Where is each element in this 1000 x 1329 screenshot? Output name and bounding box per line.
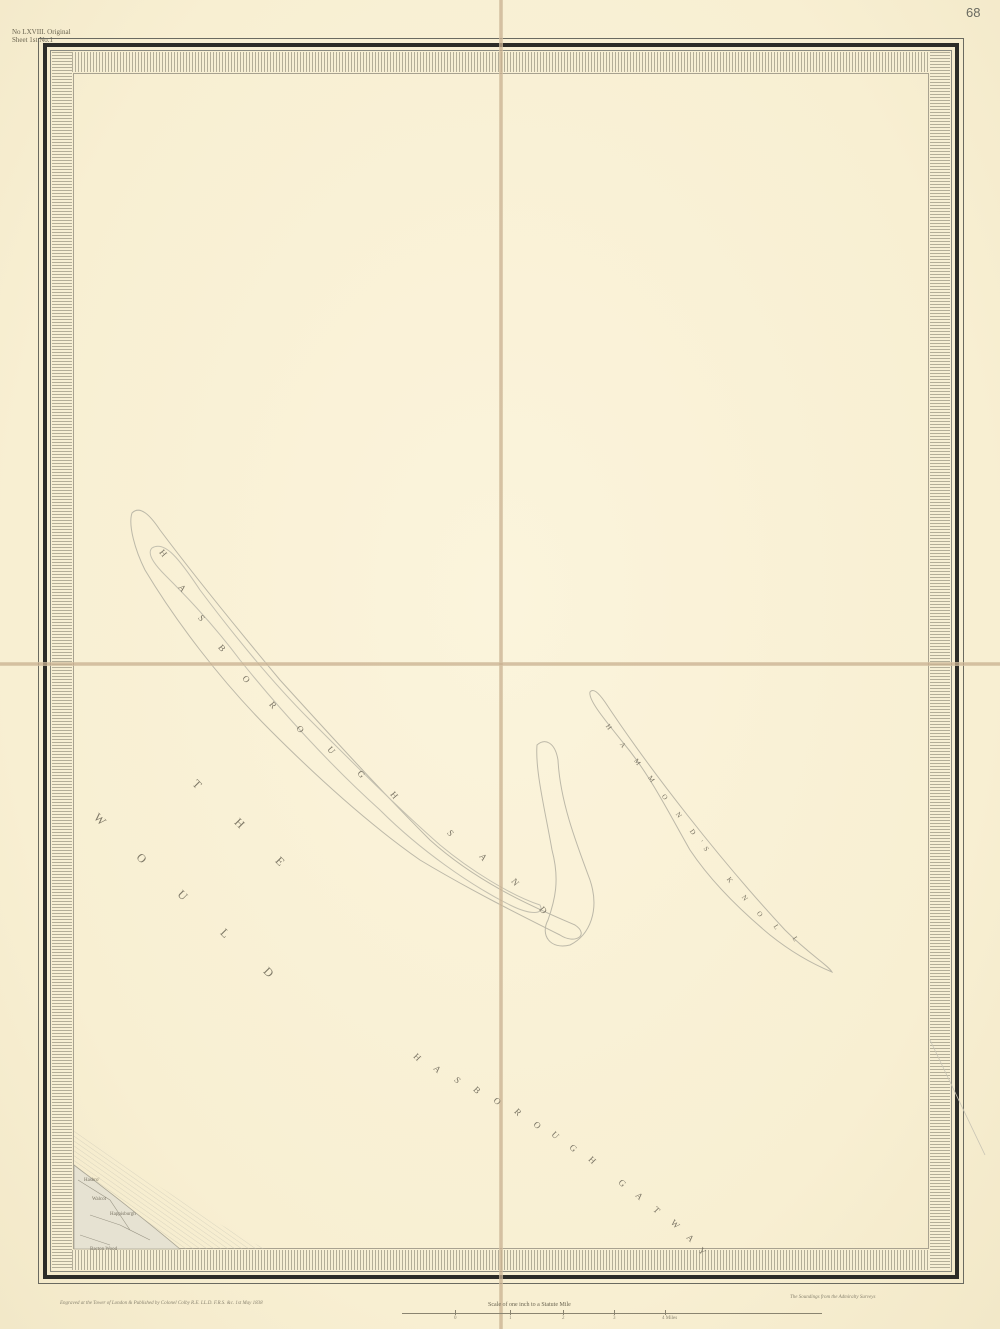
scale-tick: [563, 1310, 564, 1315]
scale-tick: [510, 1310, 511, 1315]
hammonds-knoll-outline: [590, 690, 832, 972]
place-name: Happisburgh: [110, 1212, 136, 1217]
scale-label: 2: [562, 1316, 565, 1321]
scale-label: 0: [454, 1316, 457, 1321]
scale-tick: [665, 1310, 666, 1315]
scale-label: 4 Miles: [662, 1316, 677, 1321]
margin-survey-line: [930, 1040, 985, 1155]
fold-crease-horizontal: [0, 662, 1000, 666]
scale-bar: [402, 1313, 822, 1314]
publisher-imprint: Engraved at the Tower of London & Publis…: [60, 1301, 263, 1306]
scale-label: 1: [509, 1316, 512, 1321]
place-name: Walcot: [92, 1197, 106, 1202]
scale-title: Scale of one inch to a Statute Mile: [488, 1302, 571, 1308]
place-name: Hasbro': [84, 1178, 99, 1183]
soundings-note: The Soundings from the Admiralty Surveys: [790, 1295, 875, 1300]
sand-bank-east: [537, 742, 594, 946]
scale-tick: [455, 1310, 456, 1315]
scale-label: 3: [613, 1316, 616, 1321]
scale-tick: [614, 1310, 615, 1315]
hasborough-sand-outline: [131, 510, 581, 939]
place-name: Bacton Wood: [90, 1247, 117, 1252]
